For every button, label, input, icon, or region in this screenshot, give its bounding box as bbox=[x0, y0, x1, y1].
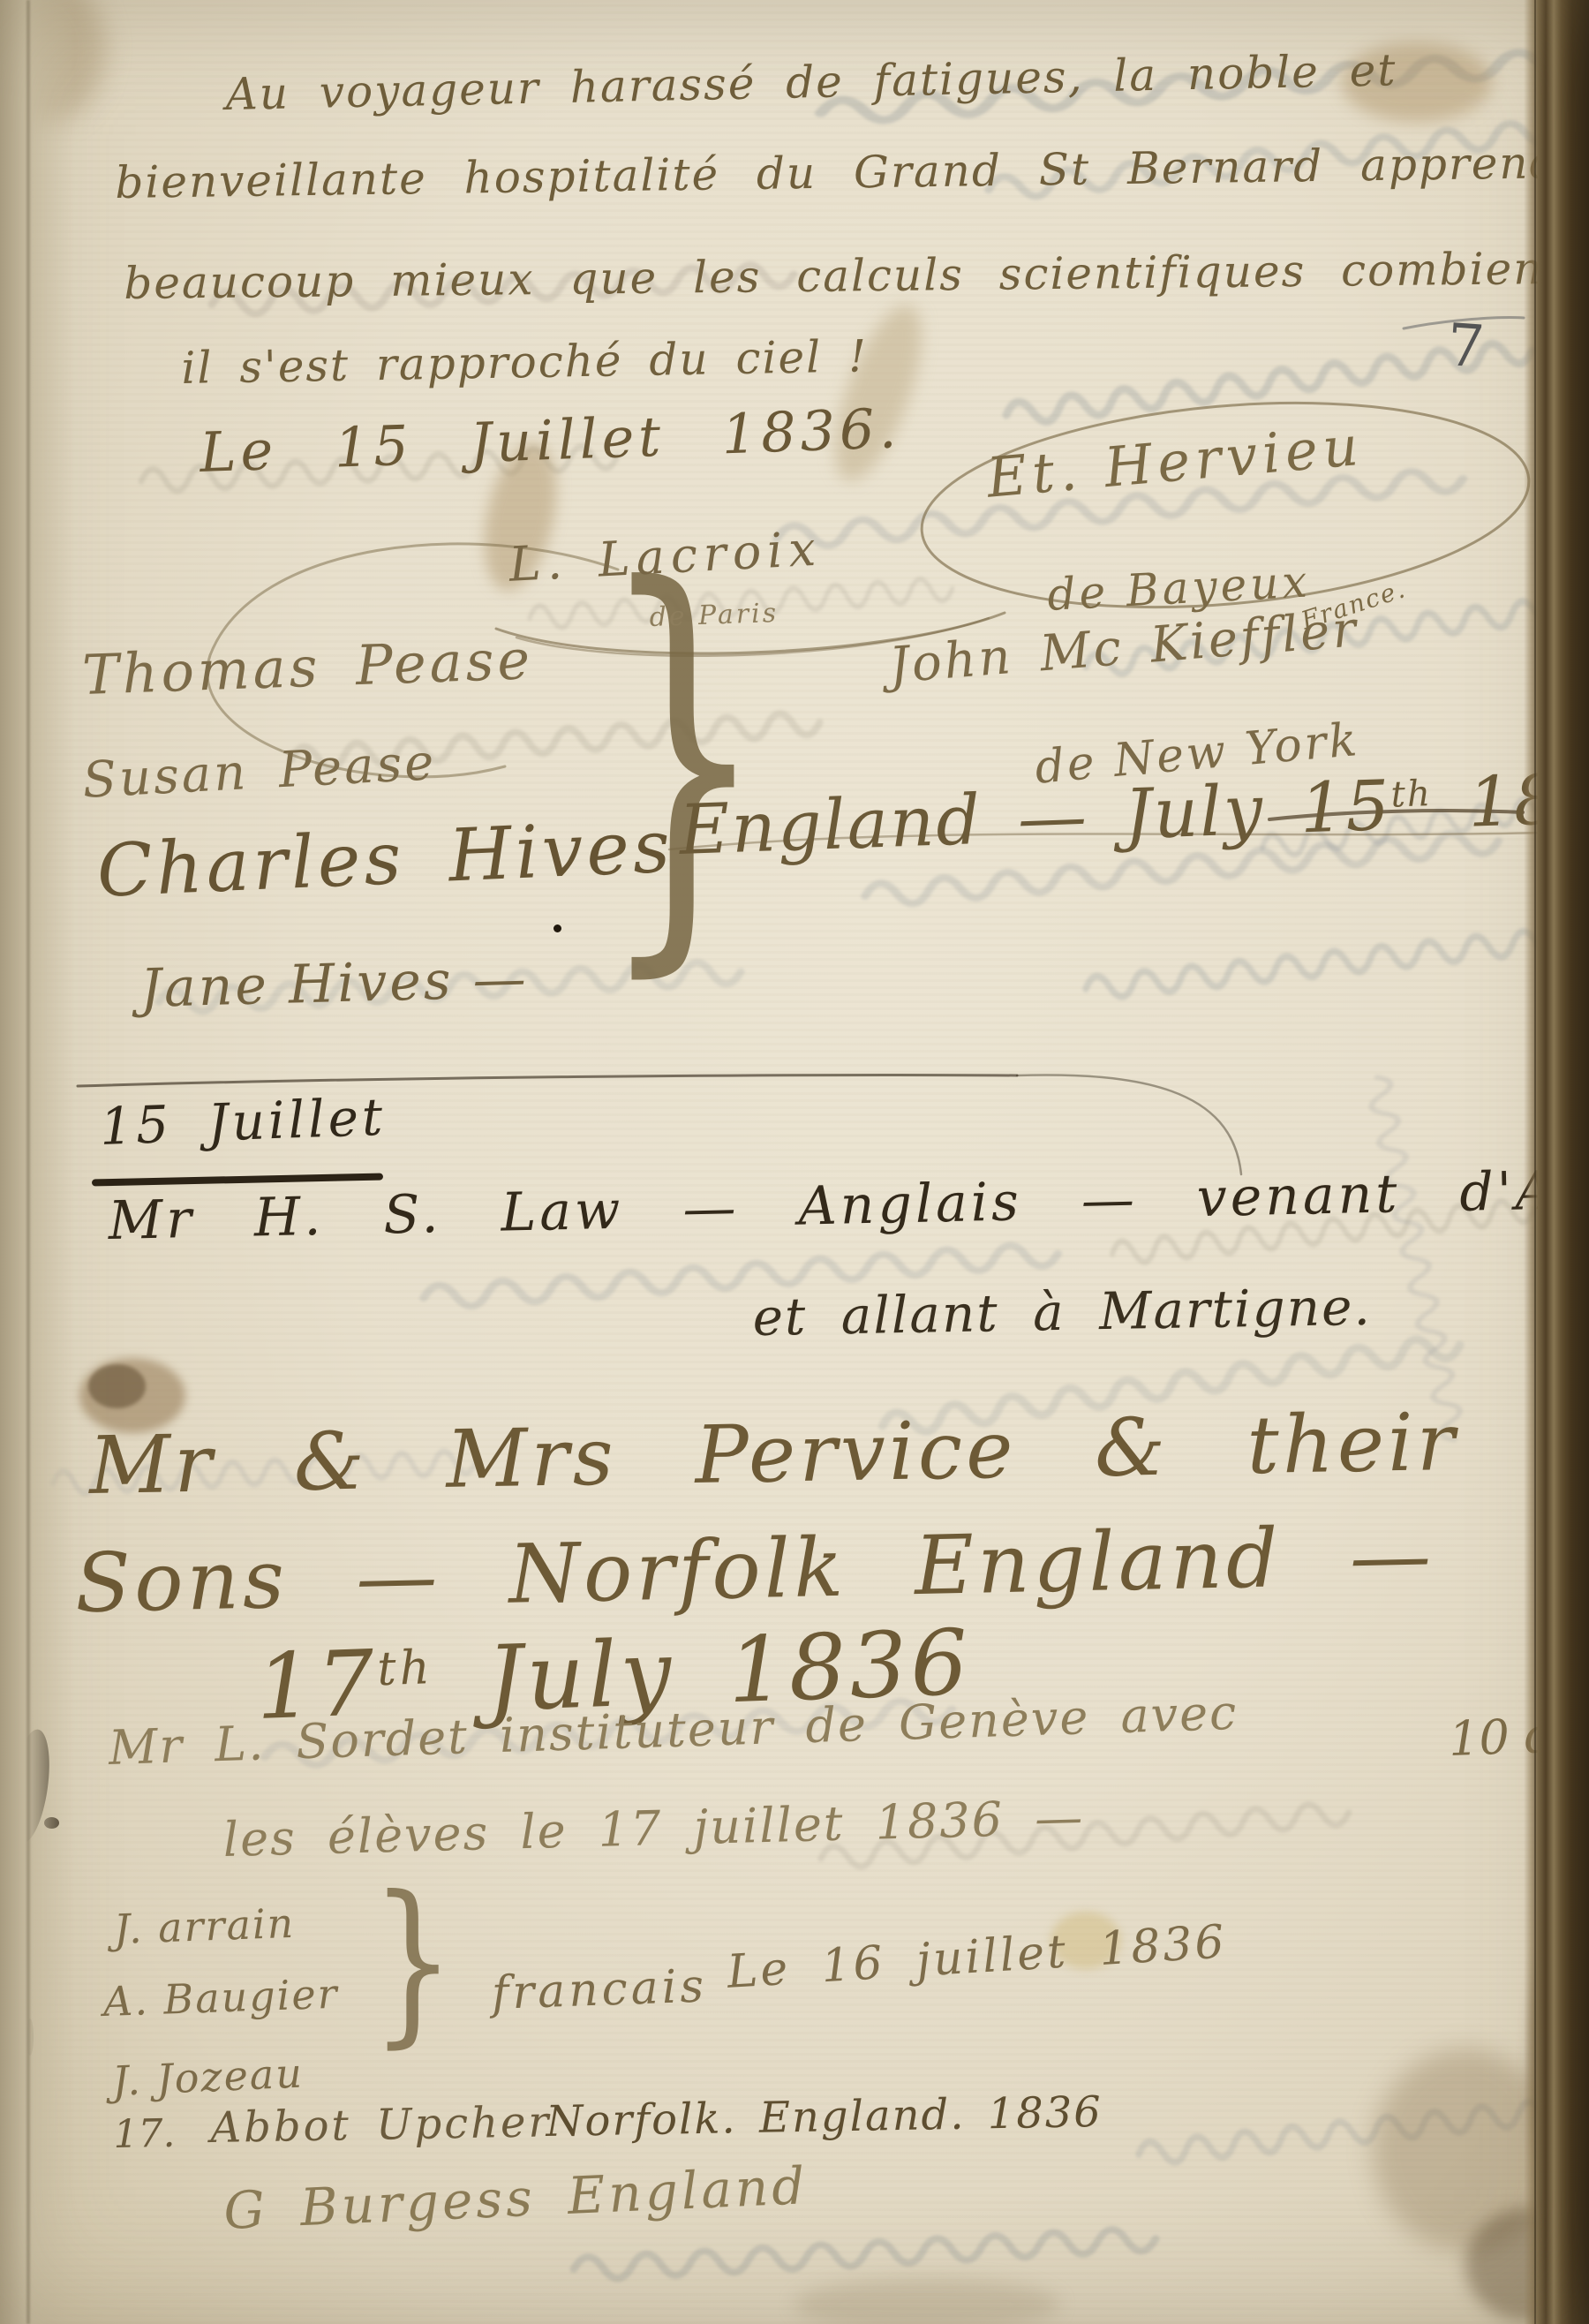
book-gutter bbox=[0, 0, 75, 2324]
page-number: 7 bbox=[1445, 311, 1487, 381]
ordinal-th: th bbox=[1390, 772, 1433, 816]
date-ordinal: th bbox=[376, 1640, 434, 1696]
signature-upcher: Abbot Upcher bbox=[210, 2097, 552, 2153]
entry-law-line-2: et allant à Martigne. bbox=[752, 1277, 1372, 1347]
gutter-crease bbox=[26, 0, 30, 2324]
guestbook-page: Au voyageur harassé de fatigues, la nobl… bbox=[0, 0, 1589, 2324]
fore-edge-line bbox=[1534, 0, 1536, 2324]
french-group-label: francais bbox=[491, 1959, 708, 2019]
entry-upcher-number: 17. bbox=[113, 2111, 176, 2157]
signature-jane-hives: Jane Hives — bbox=[139, 947, 530, 1019]
signature-baugier: A. Baugier bbox=[102, 1970, 339, 2026]
signature-arrain: J. arrain bbox=[113, 1899, 296, 1953]
section-heading-15-juillet: 15 Juillet bbox=[99, 1087, 387, 1157]
grouping-brace-french: } bbox=[371, 1891, 455, 2033]
signature-lacroix-origin: de Paris bbox=[649, 598, 779, 633]
ink-dot bbox=[554, 924, 561, 932]
signature-jozeau: J. Jozeau bbox=[111, 2049, 305, 2105]
entry-upcher-place: Norfolk. England. 1836 bbox=[546, 2087, 1103, 2147]
